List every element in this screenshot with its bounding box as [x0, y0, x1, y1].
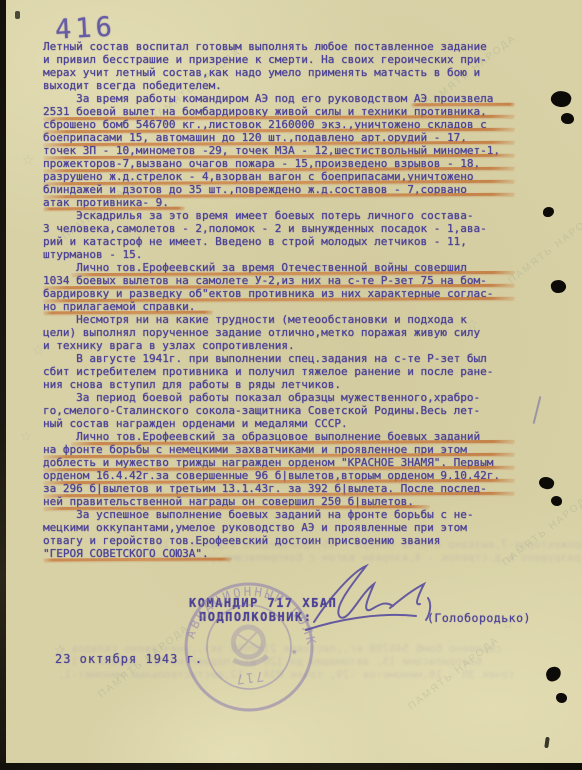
ink-blot [556, 693, 567, 703]
text-line: За успешное выполнение боевых заданий на… [43, 508, 515, 521]
text-line: сбит истребителем противника и получил т… [43, 365, 515, 378]
text-line: Лично тов.Ерофеевский за время Отечестве… [43, 261, 515, 274]
text-line: бардировку и разведку об"ектов противник… [43, 287, 515, 300]
ink-speck [15, 11, 20, 19]
text-line: блиндажей и дзотов до 35 шт.,повреждено … [43, 183, 515, 196]
text-line: ный состав награжден орденами и медалями… [43, 417, 515, 430]
ink-blot [537, 475, 555, 491]
star-watermark-icon: ☆ [22, 146, 34, 170]
ink-blot [549, 89, 572, 110]
ink-blot [561, 113, 574, 124]
svg-text:АВИАЦИОННЫЙ ПОЛК: АВИАЦИОННЫЙ ПОЛК [177, 576, 320, 663]
text-line: и привил бесстрашие и призрение к смерти… [43, 53, 515, 66]
ink-speck [544, 737, 549, 748]
text-line: но прилагаемой справки. [43, 300, 515, 313]
text-line: точек ЗП - 10,минометов -29, точек МЗА -… [43, 144, 515, 157]
text-line: отвагу и геройство тов.Ерофеевский досто… [43, 534, 515, 547]
text-line: мецкими оккупантами,умелое руководство А… [43, 521, 515, 534]
text-line: цели) выполнял порученное задание отличн… [43, 326, 515, 339]
document-page: ПАМЯТЬ НАРОДА ПАМЯТЬ НАРОДА ПАМЯТЬ НАРОД… [0, 0, 582, 770]
text-line: Лично тов.Ерофеевский за образцовое выпо… [43, 430, 515, 443]
text-line: "ГЕРОЯ СОВЕТСКОГО СОЮЗА". [43, 547, 515, 560]
scanned-page-background: { "page_number": "416", "watermark": { "… [0, 0, 582, 770]
stamp-number: 717 [233, 667, 264, 685]
text-line: ней правительственной награды он соверши… [43, 495, 515, 508]
document-body: Летный состав воспитал готовым выполнять… [43, 40, 515, 560]
text-line: выходит всегда победителем. [43, 79, 515, 92]
ink-blot [543, 207, 554, 217]
text-line: Эскадрилья за это время имеет боевых пот… [43, 209, 515, 222]
text-line: штурманов - 15. [43, 248, 515, 261]
ink-blot [550, 279, 567, 294]
text-line: За период боевой работы показал образцы … [43, 391, 515, 404]
text-line: мерах учит летный состав,как надо умело … [43, 66, 515, 79]
text-line: 2531 боевой вылет на бомбардировку живой… [43, 105, 515, 118]
text-line: В августе 1941г. при выполнении спец.зад… [43, 352, 515, 365]
scan-edge-bottom [0, 763, 582, 770]
text-line: орденом 16.4.42г.за совершенные 96 б|выл… [43, 469, 515, 482]
text-line: ния снова вступил для работы в ряды летч… [43, 378, 515, 391]
text-line: на фронте борьбы с немецкими захватчикам… [43, 443, 515, 456]
text-line: сброшено бомб 546700 кг.,листовок 216000… [43, 118, 515, 131]
text-line: За время работы командиром АЭ под его ру… [43, 92, 515, 105]
ink-blot [551, 496, 562, 506]
stamp-ring-text: АВИАЦИОННЫЙ ПОЛК [177, 576, 320, 663]
text-line: 1034 боевых вылетов на самолете У-2,из н… [43, 274, 515, 287]
text-line: 3 человека,самолетов - 2,поломок - 2 и в… [43, 222, 515, 235]
text-line: разрушено ж.д.стрелок - 4,взорван вагон … [43, 170, 515, 183]
text-line: го,смелого-Сталинского сокола-защитника … [43, 404, 515, 417]
ink-blot [544, 665, 562, 682]
page-number-stamp: 416 [54, 11, 116, 45]
text-line: боеприпасами 15, автомашин до 120 шт.,по… [43, 131, 515, 144]
text-line: доблесть и мужество трижды награжден орд… [43, 456, 515, 469]
stamp-star-icon: ★ [290, 644, 299, 658]
star-watermark-icon: ☆ [20, 422, 32, 446]
text-line: Несмотря ни на какие трудности (метеообс… [43, 313, 515, 326]
text-line: атак противника- 9. [43, 196, 515, 209]
archive-watermark: ПАМЯТЬ НАРОДА [507, 209, 582, 287]
text-line: и технику врага в узлах сопротивления. [43, 339, 515, 352]
handwritten-signature [300, 560, 450, 640]
text-line: рий и катастроф не имеет. Введено в стро… [43, 235, 515, 248]
text-line: за 296 б|вылетов и третьим 13.1.43г. за … [43, 482, 515, 495]
stamp-emblem [230, 625, 268, 666]
pencil-mark [533, 396, 542, 424]
text-line: прожекторов-7,вызвано очагов пожара - 15… [43, 157, 515, 170]
scan-edge-left [0, 0, 6, 770]
